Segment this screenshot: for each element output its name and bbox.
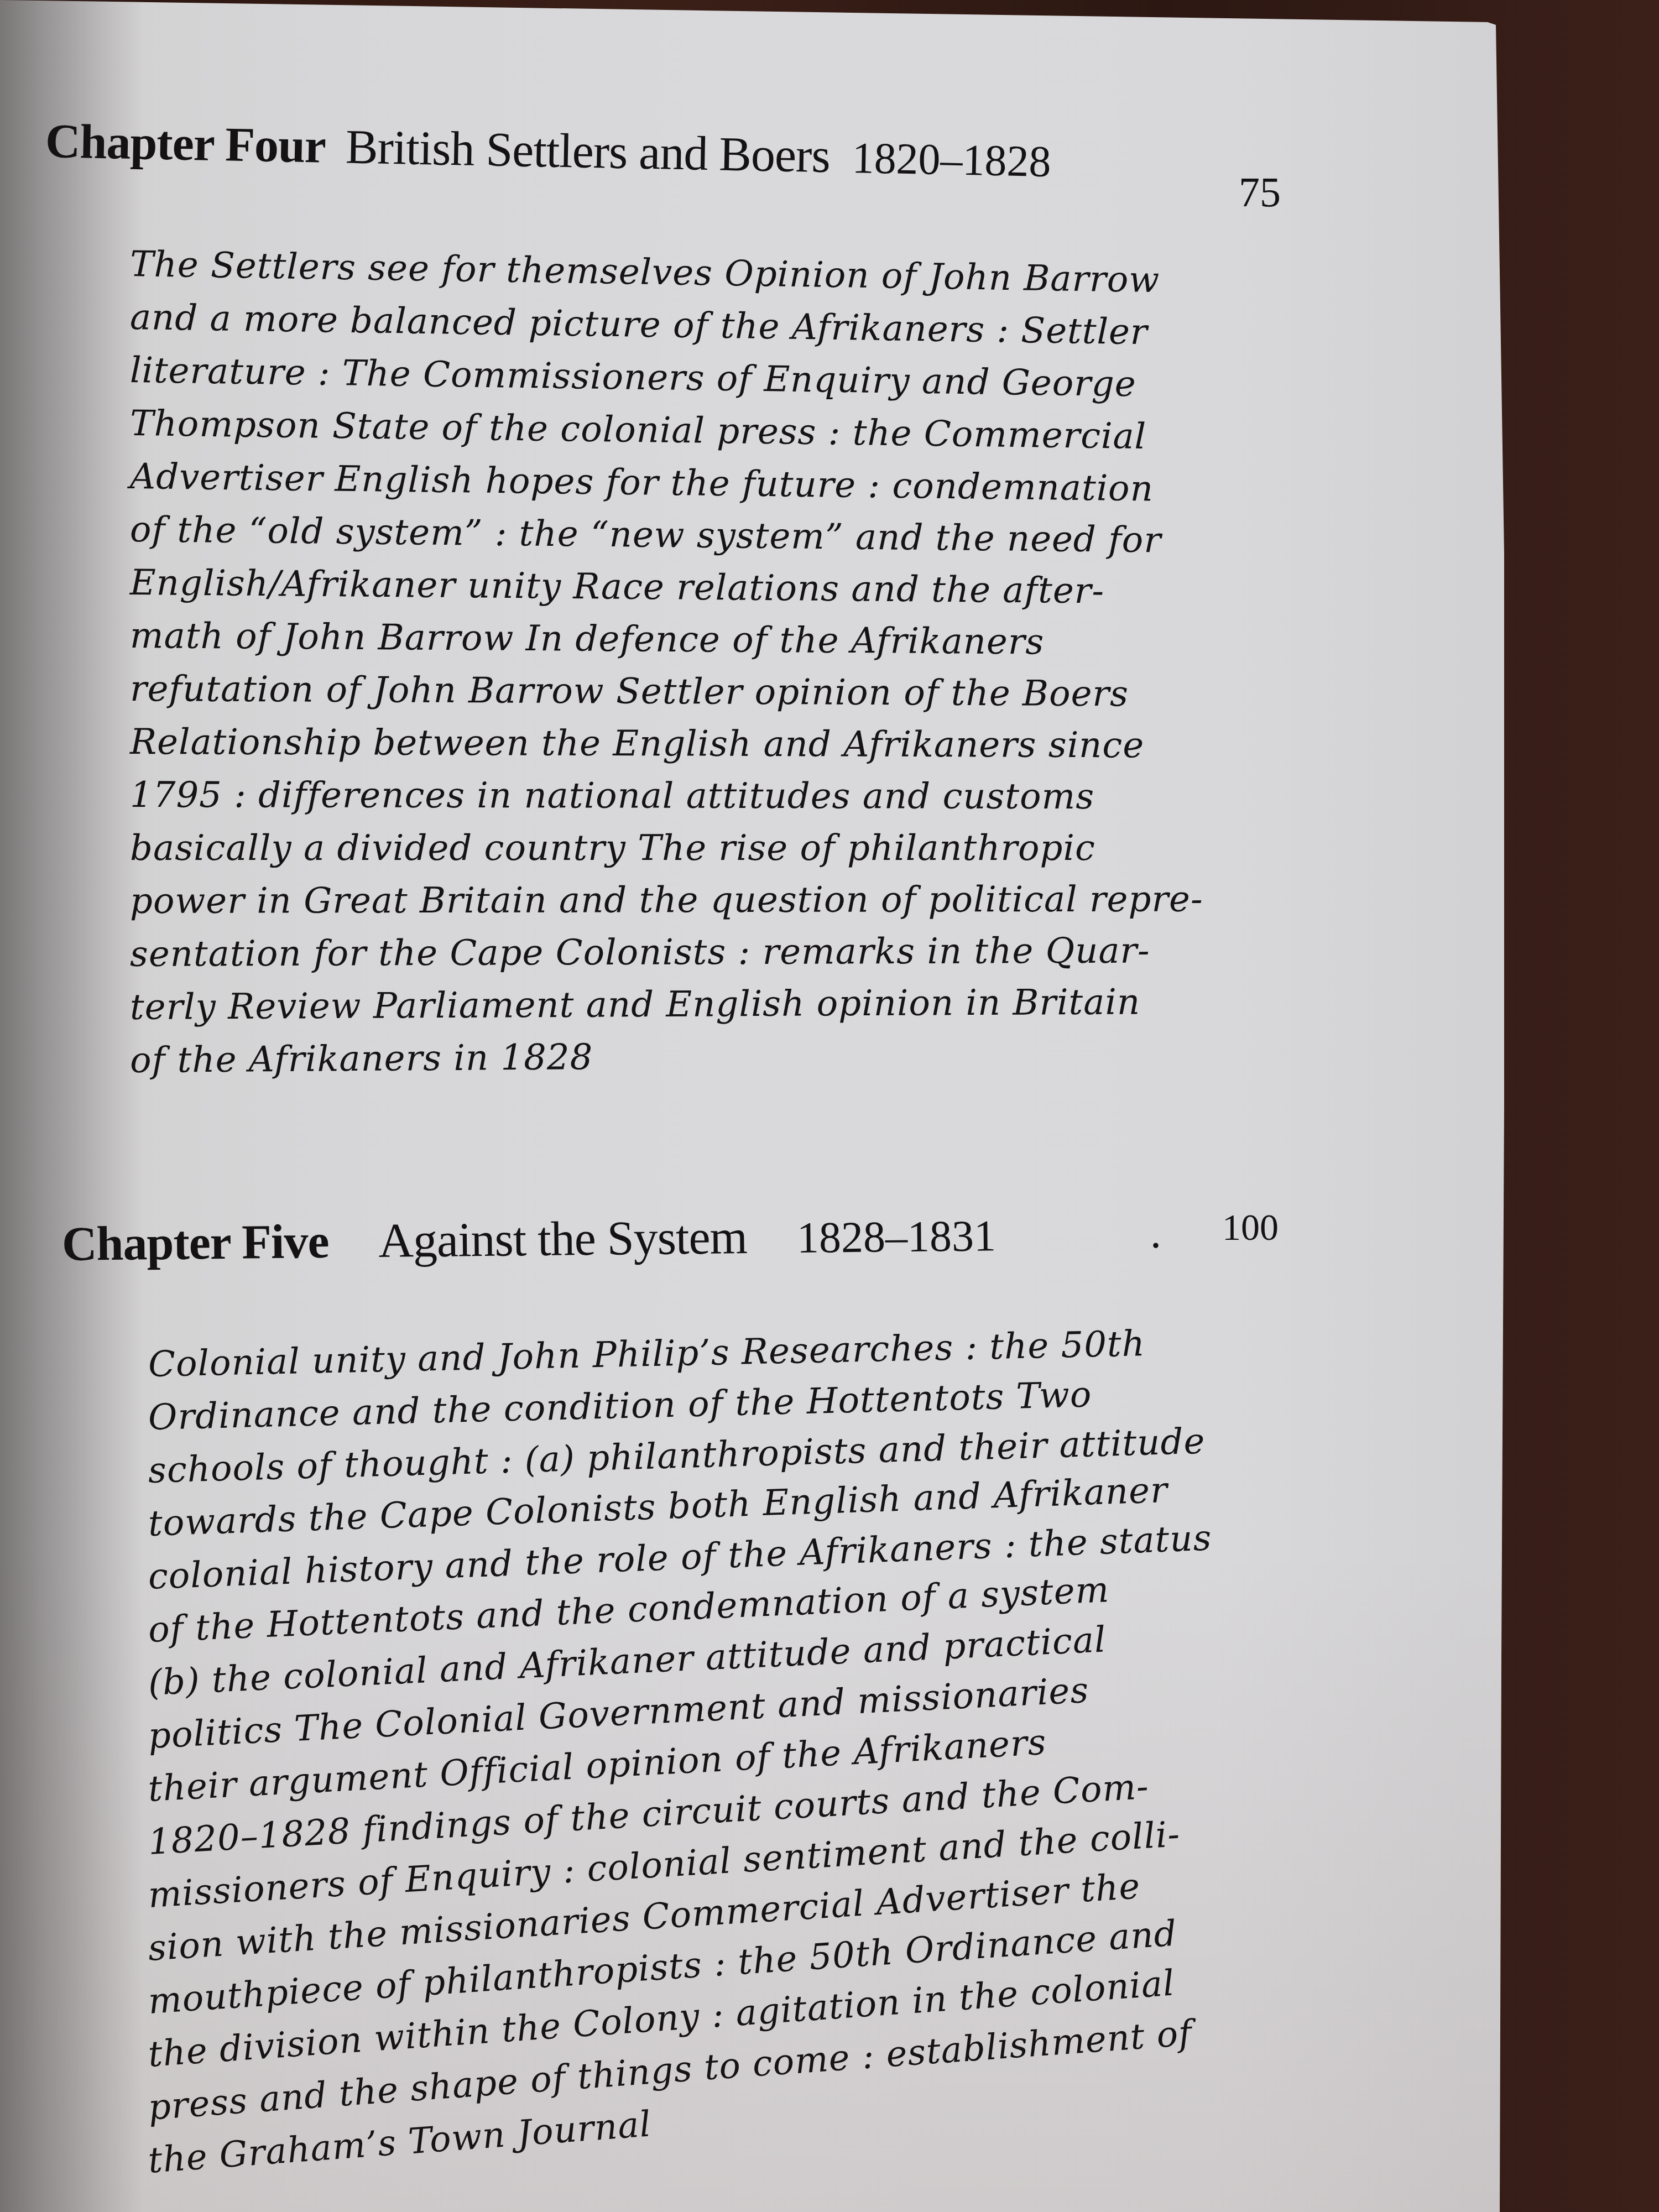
synopsis-line: basically a divided country The rise of … [130,822,1203,875]
synopsis-line: math of John Barrow In defence of the Af… [130,609,1203,670]
chapter-five-synopsis: Colonial unity and John Philip’s Researc… [148,1338,1213,2188]
leader-dot: . [1150,1208,1161,1259]
synopsis-line: terly Review Parliament and English opin… [130,975,1203,1034]
chapter-dates: 1820–1828 [852,134,1052,186]
chapter-label: Chapter Four [45,114,326,174]
chapter-title: British Settlers and Boers [345,120,831,183]
chapter-four-synopsis: The Settlers see for themselves Opinion … [130,238,1203,1087]
photo-scene: Chapter FourBritish Settlers and Boers18… [0,0,1659,2212]
chapter-label: Chapter Five [61,1215,329,1271]
synopsis-line: English/Afrikaner unity Race relations a… [130,556,1203,619]
synopsis-line: refutation of John Barrow Settler opinio… [130,662,1203,721]
chapter-title: Against the System [378,1211,747,1268]
chapter-dates: 1828–1831 [796,1212,996,1262]
synopsis-line: 1795 : differences in national attitudes… [130,769,1203,823]
synopsis-line: power in Great Britain and the question … [130,873,1203,928]
synopsis-line: sentation for the Cape Colonists : remar… [130,924,1203,981]
synopsis-line: of the Afrikaners in 1828 [130,1026,1203,1087]
chapter-five-heading: Chapter FiveAgainst the System1828–1831 [61,1207,996,1272]
chapter-five-page-number: 100 [1222,1206,1279,1249]
synopsis-line: Relationship between the English and Afr… [130,716,1203,773]
chapter-four-page-number: 75 [1239,169,1281,217]
